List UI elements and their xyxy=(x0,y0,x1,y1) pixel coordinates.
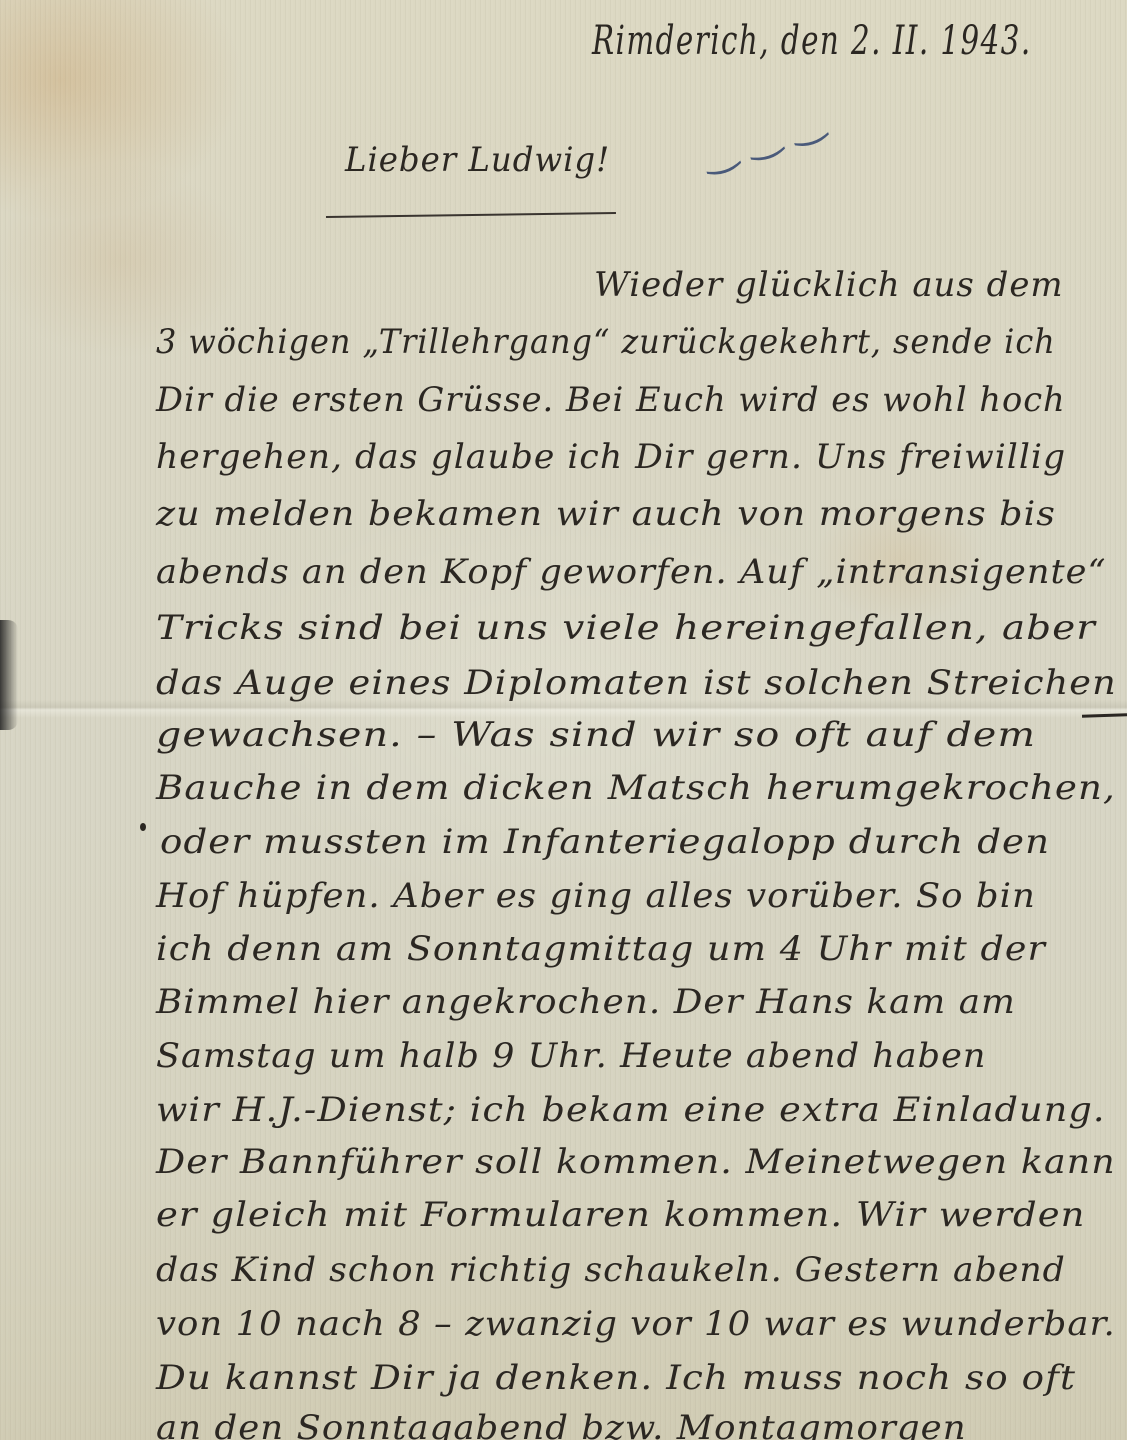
body-line: zu melden bekamen wir auch von morgens b… xyxy=(156,494,1056,534)
body-line: Wieder glücklich aus dem xyxy=(594,265,1064,305)
torn-edge xyxy=(0,620,18,730)
body-line: Hof hüpfen. Aber es ging alles vorüber. … xyxy=(156,876,1036,916)
place-date-header: Rimderich, den 2. II. 1943. xyxy=(592,18,1032,64)
body-line: das Kind schon richtig schaukeln. Gester… xyxy=(156,1250,1066,1290)
ink-stroke-mark xyxy=(1082,713,1127,718)
body-line: Du kannst Dir ja denken. Ich muss noch s… xyxy=(156,1358,1076,1398)
body-line: Tricks sind bei uns viele hereingefallen… xyxy=(156,608,1096,648)
salutation: Lieber Ludwig! xyxy=(345,140,610,180)
body-line: Der Bannführer soll kommen. Meinetwegen … xyxy=(156,1142,1116,1182)
body-line: von 10 nach 8 – zwanzig vor 10 war es wu… xyxy=(156,1304,1116,1344)
body-line: hergehen, das glaube ich Dir gern. Uns f… xyxy=(156,437,1066,477)
body-line: wir H.J.-Dienst; ich bekam eine extra Ei… xyxy=(156,1090,1106,1130)
body-line: 3 wöchigen „Trillehrgang“ zurückgekehrt,… xyxy=(156,322,1056,362)
body-line: Samstag um halb 9 Uhr. Heute abend haben xyxy=(156,1036,986,1076)
body-line: Bauche in dem dicken Matsch herumgekroch… xyxy=(156,768,1116,808)
body-line: an den Sonntagabend bzw. Montagmorgen xyxy=(156,1408,967,1440)
body-line: das Auge eines Diplomaten ist solchen St… xyxy=(156,663,1117,703)
body-line: abends an den Kopf geworfen. Auf „intran… xyxy=(156,552,1107,592)
body-line: Dir die ersten Grüsse. Bei Euch wird es … xyxy=(156,380,1066,420)
salutation-underline xyxy=(326,212,616,218)
pencil-check-marks: ‿‿‿ xyxy=(696,92,842,179)
letter-paper: Rimderich, den 2. II. 1943. ‿‿‿ Lieber L… xyxy=(0,0,1127,1440)
body-line: ich denn am Sonntagmittag um 4 Uhr mit d… xyxy=(156,929,1046,969)
body-line: oder mussten im Infanteriegalopp durch d… xyxy=(160,822,1050,862)
body-line: er gleich mit Formularen kommen. Wir wer… xyxy=(156,1195,1086,1235)
body-line: Bimmel hier angekrochen. Der Hans kam am xyxy=(156,982,1016,1022)
body-line: gewachsen. – Was sind wir so oft auf dem xyxy=(156,715,1036,755)
ink-dot xyxy=(140,823,146,831)
